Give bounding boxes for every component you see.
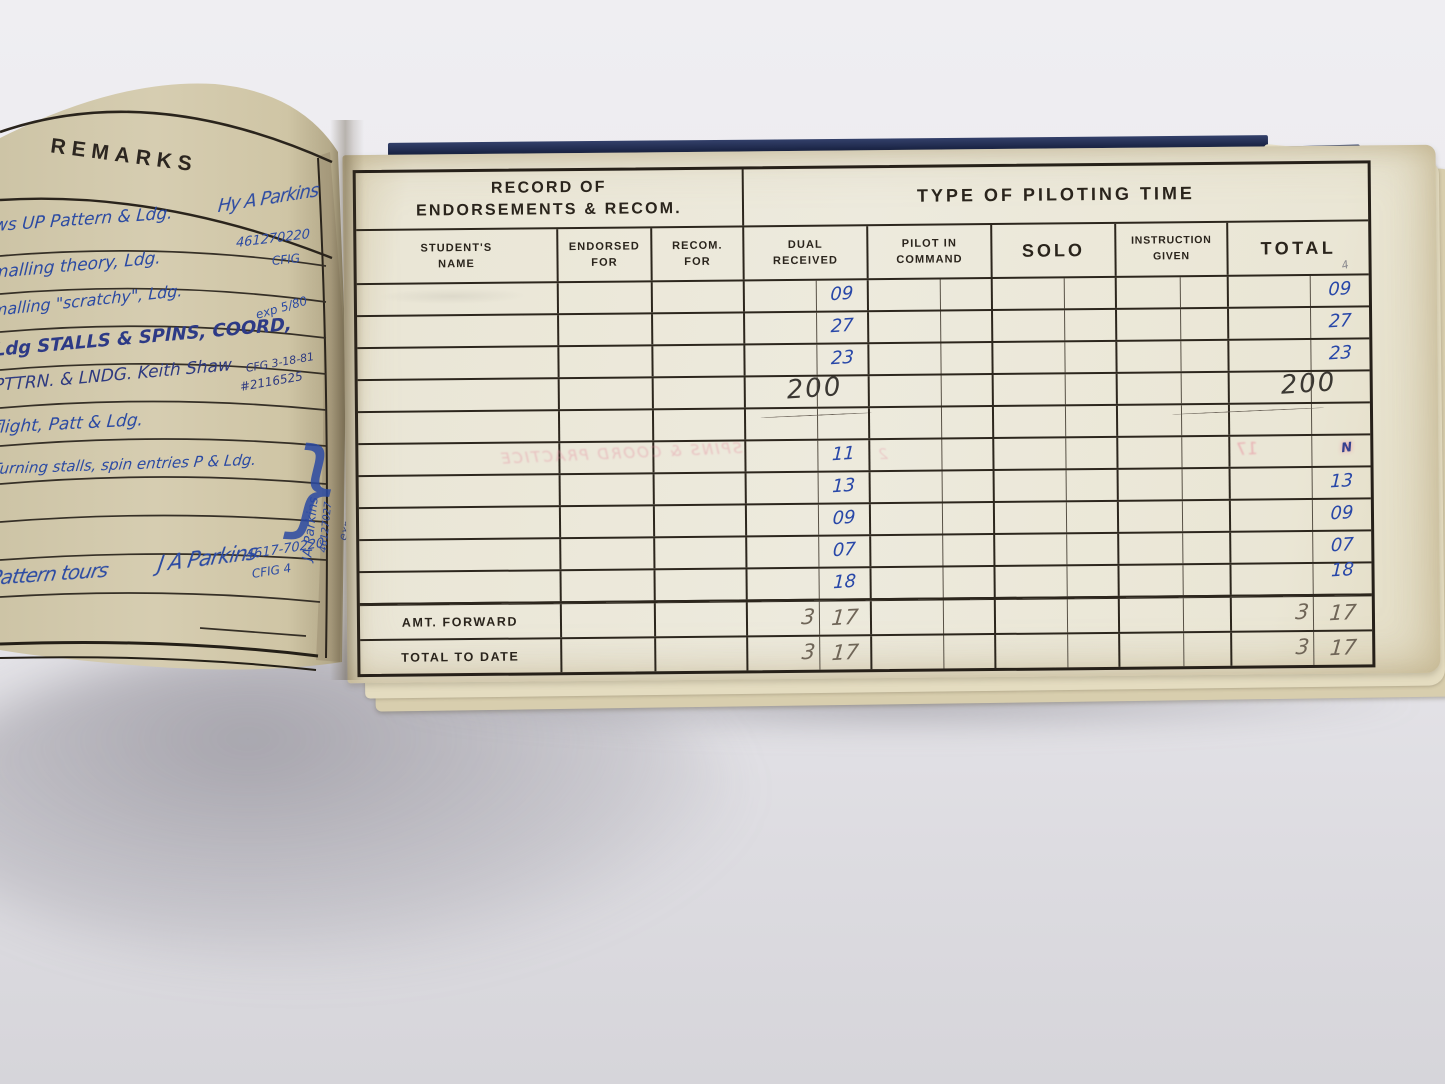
cell: [656, 602, 748, 636]
cell: 3: [1232, 597, 1314, 631]
total-to-date-label: TOTAL TO DATE: [360, 639, 562, 674]
cell: [1067, 534, 1119, 564]
col-dual-received: DUAL RECEIVED: [744, 226, 868, 279]
cell: [1117, 309, 1181, 340]
cell: [1118, 373, 1182, 404]
cell: 09: [1311, 275, 1369, 306]
cell: 13: [1313, 467, 1371, 498]
cell: [1181, 341, 1229, 371]
cell: [1117, 341, 1181, 372]
cell: [745, 281, 817, 312]
total-value: 18: [1313, 558, 1372, 583]
cell: [1184, 598, 1232, 631]
cell: 23: [1311, 339, 1369, 370]
cell: [1119, 469, 1183, 500]
cell: [943, 535, 995, 565]
cell: 11: [818, 440, 870, 470]
cell: [1117, 277, 1181, 308]
cell: [1183, 565, 1231, 595]
cell: [1231, 468, 1313, 499]
total-value: 07: [1313, 533, 1372, 558]
cell: [358, 411, 560, 443]
cell: [1067, 566, 1119, 596]
endorsements-title: RECORD OF ENDORSEMENTS & RECOM.: [356, 169, 745, 229]
total-to-date-total-min: 17: [1313, 634, 1373, 661]
cell: 17: [1314, 596, 1372, 630]
total-200: 200: [1280, 367, 1337, 400]
dual-received-value: 07: [819, 538, 870, 562]
col-pilot-in-command: PILOT IN COMMAND: [868, 225, 992, 278]
dual-received-value: 11: [818, 442, 869, 466]
cell: [654, 377, 746, 408]
cell: [993, 278, 1065, 309]
cell: [1068, 599, 1120, 632]
cell: 18: [1313, 563, 1371, 594]
cell: [359, 507, 561, 539]
cell: [747, 505, 819, 536]
cell: [746, 409, 818, 440]
total-to-date-dual-hr: 3: [747, 640, 816, 667]
cell: [360, 571, 562, 603]
cell: [747, 537, 819, 568]
cell: [943, 503, 995, 533]
cell: [655, 505, 747, 536]
col-students-name: STUDENT'S NAME: [356, 229, 558, 283]
cell: [559, 314, 653, 345]
cell: 200: [746, 377, 818, 408]
cell: [655, 537, 747, 568]
cell: 3: [1232, 632, 1314, 666]
cell: [944, 600, 996, 633]
dual-received-200: 200: [786, 372, 843, 405]
cell: [653, 281, 745, 312]
cell: 17: [1230, 436, 1312, 467]
cell: [995, 470, 1067, 501]
cell: [1066, 374, 1118, 404]
cell: [1229, 308, 1311, 339]
total-value: 09: [1313, 501, 1372, 526]
cell: [561, 474, 655, 505]
cell: [1066, 438, 1118, 468]
amt-forward-total-hr: 3: [1231, 600, 1310, 628]
cell: [359, 475, 561, 507]
cell: 09: [819, 504, 871, 534]
col-solo: SOLO: [992, 224, 1116, 277]
cell: [561, 538, 655, 569]
cell: [357, 315, 559, 347]
cell: 3: [748, 637, 820, 671]
cell: [1066, 406, 1118, 436]
piloting-time-title: TYPE OF PILOTING TIME: [744, 163, 1369, 225]
cell: [869, 312, 941, 343]
cell: [870, 408, 942, 439]
cell: 18: [819, 568, 871, 598]
cell: [996, 599, 1068, 633]
total-to-date-total-hr: 3: [1231, 635, 1310, 663]
cell: [872, 601, 944, 635]
cell: [1119, 565, 1183, 596]
cell: [942, 407, 994, 437]
cell: [745, 345, 817, 376]
cell: 27: [817, 312, 869, 342]
book-gutter-shadow: [330, 120, 364, 680]
cell: [1067, 470, 1119, 500]
cell: [995, 566, 1067, 597]
cell: [944, 635, 996, 668]
cell: [995, 534, 1067, 565]
cell: [1068, 634, 1120, 667]
cell: [358, 379, 560, 411]
amt-forward-total-min: 17: [1313, 599, 1373, 626]
cell: [1183, 469, 1231, 499]
cell: [747, 473, 819, 504]
cell: [747, 569, 819, 600]
cell: [562, 603, 656, 637]
total-value: 27: [1311, 309, 1370, 334]
cell: [1120, 633, 1184, 667]
cell: [942, 439, 994, 469]
cell: [655, 569, 747, 600]
cell: [869, 344, 941, 375]
dual-received-value: 09: [816, 282, 867, 306]
cell: 23: [817, 344, 869, 374]
cell: [941, 279, 993, 309]
cell: [561, 506, 655, 537]
cell: [359, 539, 561, 571]
cell: 27: [1311, 307, 1369, 338]
cell: [562, 638, 656, 672]
cell: [559, 282, 653, 313]
cell: 13: [819, 472, 871, 502]
cell: 200: [1230, 372, 1312, 403]
cell: [559, 346, 653, 377]
cell: [357, 347, 559, 379]
cell: [993, 310, 1065, 341]
cell: [1182, 373, 1230, 403]
cell: [1312, 403, 1370, 434]
total-value: 09: [1310, 277, 1369, 302]
dual-received-value: 18: [819, 570, 870, 594]
col-instruction-given: INSTRUCTION GIVEN: [1116, 223, 1228, 276]
cell: [1118, 405, 1182, 436]
cell: [1067, 502, 1119, 532]
cell: [996, 634, 1068, 668]
cell: 09: [817, 280, 869, 310]
certificate-rating-1: CFIG: [271, 251, 300, 268]
dual-received-value: 23: [817, 346, 868, 370]
cell: [1231, 500, 1313, 531]
table-title-row: RECORD OF ENDORSEMENTS & RECOM. TYPE OF …: [356, 163, 1369, 231]
amt-forward-dual-hr: 3: [747, 605, 816, 632]
cell: [871, 472, 943, 503]
cell: [869, 280, 941, 311]
cell: [1231, 564, 1313, 595]
cell: [942, 375, 994, 405]
cell: [1120, 598, 1184, 632]
cell: 17: [820, 636, 872, 669]
cell: [654, 409, 746, 440]
cell: [1119, 501, 1183, 532]
cell: [357, 283, 559, 315]
cell: [1181, 277, 1229, 307]
table-header-row: STUDENT'S NAME ENDORSED FOR RECOM. FOR D…: [356, 221, 1368, 285]
cell: [1184, 633, 1232, 666]
cell: [1183, 501, 1231, 531]
cell: 2: [870, 440, 942, 471]
cell: [995, 502, 1067, 533]
cell: 17: [1314, 631, 1372, 665]
amt-forward-label: AMT. FORWARD: [360, 604, 562, 639]
cell: [1230, 404, 1312, 435]
dual-received-value: 09: [819, 506, 870, 530]
cell: [1229, 340, 1311, 371]
cell: [1181, 309, 1229, 339]
total-value: 23: [1311, 341, 1370, 366]
cell: [943, 471, 995, 501]
cell: [1119, 533, 1183, 564]
cell: 3: [748, 602, 820, 636]
cell: [1065, 342, 1117, 372]
dual-received-value: 13: [818, 474, 869, 498]
cell: [870, 376, 942, 407]
cell: [653, 313, 745, 344]
cell: [1229, 276, 1311, 307]
cell: [560, 378, 654, 409]
right-page: RECORD OF ENDORSEMENTS & RECOM. TYPE OF …: [342, 145, 1440, 683]
cell: 17: [820, 601, 872, 634]
cell: [941, 343, 993, 373]
cell: [745, 313, 817, 344]
total-value: 13: [1312, 469, 1371, 494]
cell: [655, 473, 747, 504]
cell: [1182, 405, 1230, 435]
cell: [941, 311, 993, 341]
cell: [1065, 310, 1117, 340]
cell: [994, 406, 1066, 437]
cell: [994, 374, 1066, 405]
dual-received-value: 27: [817, 314, 868, 338]
cell: [871, 504, 943, 535]
red-ink-mark: N: [1341, 440, 1354, 456]
cell: [561, 570, 655, 601]
total-to-date-dual-min: 17: [819, 639, 871, 665]
cell: [746, 441, 818, 472]
cell: [1183, 533, 1231, 563]
col-endorsed-for: ENDORSED FOR: [558, 228, 652, 281]
amt-forward-dual-min: 17: [819, 604, 871, 630]
cell: [993, 342, 1065, 373]
cell: [1231, 532, 1313, 563]
ink-bleed-mark: 2: [878, 445, 888, 463]
cell: [1065, 278, 1117, 308]
cell: 09: [1313, 499, 1371, 530]
cell: [560, 410, 654, 441]
cell: [871, 536, 943, 567]
cell: [994, 438, 1066, 469]
cell: 07: [819, 536, 871, 566]
cell: [1118, 437, 1182, 468]
cell: [871, 568, 943, 599]
ink-bleed-number: 17: [1236, 439, 1259, 460]
cell: [1182, 437, 1230, 467]
col-recom-for: RECOM. FOR: [652, 227, 744, 280]
piloting-time-table: RECORD OF ENDORSEMENTS & RECOM. TYPE OF …: [353, 160, 1376, 677]
cell: [943, 567, 995, 597]
cell: N: [1312, 435, 1370, 466]
cell: SPINS & COORD PRACTICE: [358, 443, 560, 475]
cell: [653, 345, 745, 376]
cell: [872, 636, 944, 670]
cell: [656, 637, 748, 671]
cell: [818, 408, 870, 438]
photo-of-logbook: REMARKS ws UP Pattern & Ldg. Hy A Parkin…: [0, 0, 1445, 1084]
